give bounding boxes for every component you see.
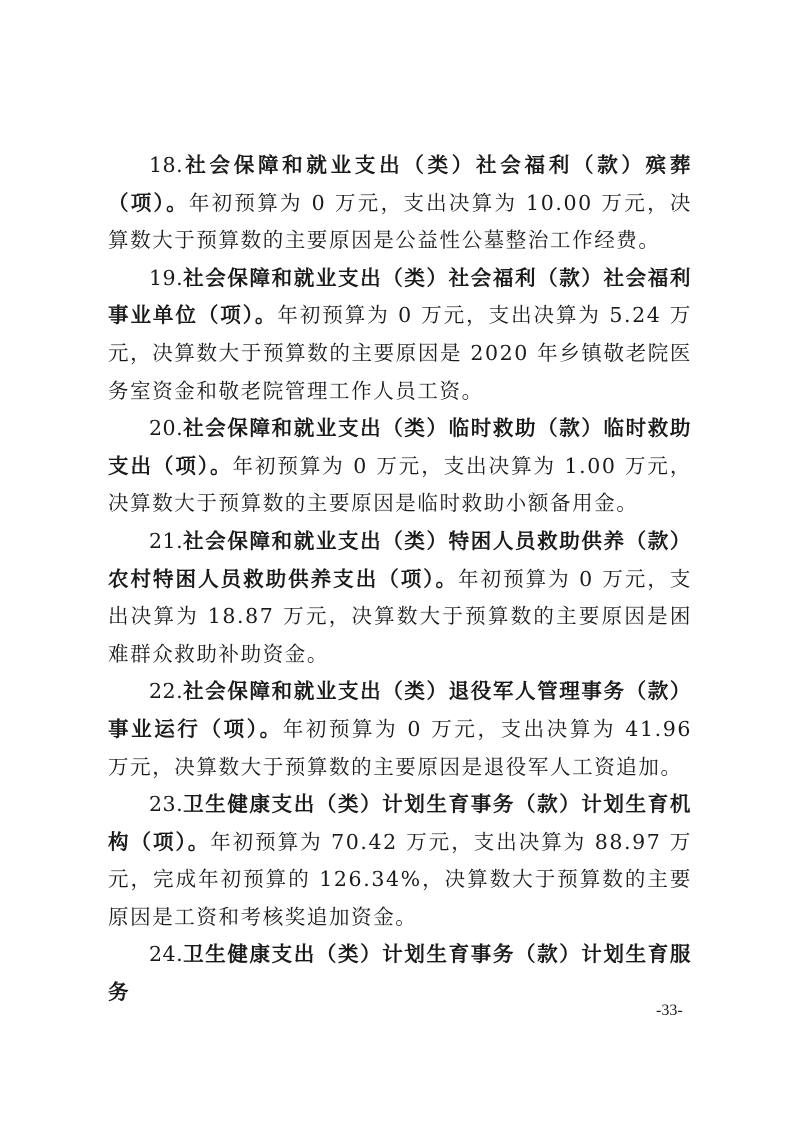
item-number: 21. (149, 529, 183, 553)
paragraph-item-22: 22.社会保障和就业支出（类）退役军人管理事务（款）事业运行（项）。年初预算为 … (108, 673, 692, 786)
item-body: 年初预算为 0 万元，支出决算为 10.00 万元，决算数大于预算数的主要原因是… (108, 191, 692, 253)
item-number: 19. (149, 266, 183, 290)
paragraph-item-19: 19.社会保障和就业支出（类）社会福利（款）社会福利事业单位（项）。年初预算为 … (108, 260, 692, 410)
document-body: 18.社会保障和就业支出（类）社会福利（款）殡葬（项）。年初预算为 0 万元，支… (108, 147, 692, 1012)
paragraph-item-24: 24.卫生健康支出（类）计划生育事务（款）计划生育服务 (108, 936, 692, 1011)
item-number: 20. (149, 416, 183, 440)
paragraph-item-23: 23.卫生健康支出（类）计划生育事务（款）计划生育机构（项）。年初预算为 70.… (108, 786, 692, 936)
item-number: 22. (149, 679, 183, 703)
item-number: 23. (149, 792, 183, 816)
paragraph-item-18: 18.社会保障和就业支出（类）社会福利（款）殡葬（项）。年初预算为 0 万元，支… (108, 147, 692, 260)
page-number: -33- (656, 1002, 683, 1020)
paragraph-item-20: 20.社会保障和就业支出（类）临时救助（款）临时救助支出（项）。年初预算为 0 … (108, 410, 692, 523)
item-number: 24. (149, 942, 183, 966)
paragraph-item-21: 21.社会保障和就业支出（类）特困人员救助供养（款）农村特困人员救助供养支出（项… (108, 523, 692, 673)
item-number: 18. (149, 153, 183, 177)
item-heading: 卫生健康支出（类）计划生育事务（款）计划生育服务 (108, 942, 692, 1004)
